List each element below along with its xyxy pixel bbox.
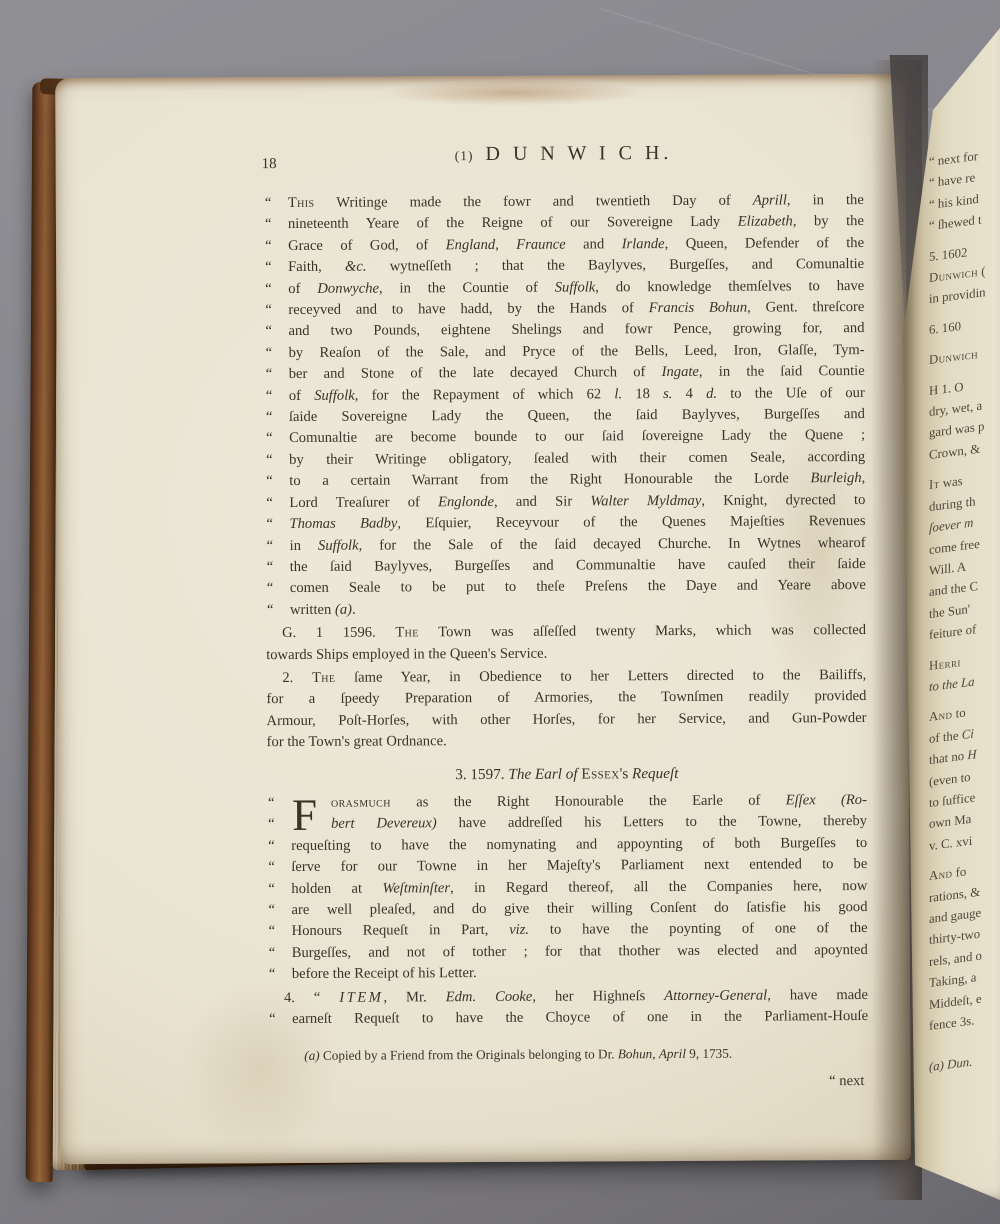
right-page-text: “ next for“ have re“ his kind“ ſhewed t5…: [929, 137, 1000, 1079]
hanging-quote: “: [268, 836, 275, 857]
text-line: “before the Receipt of his Letter.: [268, 961, 868, 986]
fragment-line: 6. 160: [929, 305, 1000, 341]
text-line: 2. The ſame Year, in Obedience to her Le…: [266, 665, 866, 690]
hanging-quote: “: [268, 879, 275, 900]
hanging-quote: “: [265, 322, 272, 343]
text-line: “ſaide Sovereigne Lady the Queen, the ſa…: [265, 404, 865, 429]
page-header: 18 (1)D U N W I C H.: [264, 142, 864, 177]
text-line: “Grace of God, of England, Fraunce and I…: [264, 233, 864, 258]
text-segment: l.: [614, 386, 622, 402]
text-line: “earneſt Requeſt to have the Choyce of o…: [268, 1006, 868, 1031]
text-segment: Bohun: [618, 1047, 653, 1062]
text-segment: Eſſex (Ro-: [786, 792, 867, 808]
text-line: “are well pleaſed, and do give their wil…: [267, 897, 867, 922]
text-line: “by their Writinge obligatory, ſealed wi…: [265, 447, 865, 472]
text-line: “written (a).: [266, 597, 866, 622]
text-line: “ſerve for our Towne in her Majeſty's Pa…: [267, 854, 867, 879]
text-segment: Ci: [962, 726, 974, 741]
hanging-quote: “: [266, 450, 273, 471]
text-segment: Attorney-General: [664, 987, 767, 1004]
text-line: “to a certain Warrant from the Right Hon…: [265, 468, 865, 493]
hanging-quote: “: [266, 407, 273, 428]
hanging-quote: “: [269, 964, 276, 985]
text-line: “by Reaſon of the Sale, and Pryce of the…: [265, 340, 865, 365]
text-segment: Aprill: [753, 192, 787, 208]
hanging-quote: “: [266, 364, 273, 385]
text-line: “the ſaid Baylyves, Burgeſſes and Commun…: [266, 554, 866, 579]
photo-scene: 18 (1)D U N W I C H. “This Writinge made…: [0, 0, 1000, 1224]
fragment-line: (a) Dun.: [929, 1043, 1000, 1079]
text-line: “in Suffolk, for the Sale of the ſaid de…: [266, 532, 866, 557]
running-title: (1)D U N W I C H.: [264, 142, 864, 169]
text-line: “Burgeſſes, and not of tother ; for that…: [268, 940, 868, 965]
text-line: “orasmuch as the Right Honourable the Ea…: [267, 790, 867, 815]
text-line: “comen Seale to be put to theſe Preſens …: [266, 575, 866, 600]
text-segment: Edm. Cooke: [446, 988, 533, 1004]
hanging-quote: “: [265, 257, 272, 278]
text-segment: The: [395, 624, 419, 640]
left-page: 18 (1)D U N W I C H. “This Writinge made…: [55, 74, 911, 1164]
text-line: “bert Devereux) have addreſſed his Lette…: [267, 811, 867, 836]
text-segment: England: [446, 237, 496, 253]
text-segment: (a): [304, 1048, 319, 1063]
fragment-line: Dunwich: [929, 336, 1000, 372]
hanging-quote: “: [268, 857, 275, 878]
hanging-quote: “: [267, 600, 274, 621]
page-title: D U N W I C H.: [485, 142, 672, 165]
text-segment: Donwyche: [317, 280, 379, 296]
text-segment: Fraunce: [516, 236, 566, 252]
text-segment: And: [929, 707, 952, 724]
hanging-quote: “: [267, 578, 274, 599]
hanging-quote: “: [268, 900, 275, 921]
text-segment: Burleigh: [810, 470, 861, 486]
text-segment: ſoever m: [929, 516, 973, 535]
hanging-quote: “: [265, 279, 272, 300]
text-segment: ITEM: [339, 989, 383, 1005]
hanging-quote: “: [269, 1009, 276, 1030]
text-line: “of Suffolk, for the Repayment of which …: [265, 383, 865, 408]
hanging-quote: “: [265, 215, 272, 236]
text-segment: Irlande: [622, 236, 665, 252]
text-block-item: 4. “ ITEM, Mr. Edm. Cooke, her Highneſs …: [268, 985, 868, 1031]
hanging-quote: “: [268, 793, 275, 814]
text-segment: It: [929, 477, 940, 492]
text-line: “requeſting to have the nomynating and a…: [267, 833, 867, 858]
hanging-quote: “: [267, 536, 274, 557]
text-line: “Honours Requeſt in Part, viz. to have t…: [268, 918, 868, 943]
text-segment: bert Devereux): [331, 816, 437, 833]
text-segment: Walter Myldmay: [590, 493, 701, 510]
text-segment: H: [967, 747, 976, 762]
text-segment: (a) Dun.: [929, 1055, 972, 1074]
text-line: for a ſpeedy Preparation of Armories, th…: [266, 686, 866, 711]
hanging-quote: “: [269, 943, 276, 964]
text-segment: d.: [706, 385, 717, 401]
text-block-deed: “This Writinge made the fowr and twentie…: [264, 190, 866, 621]
hanging-quote: “: [266, 386, 273, 407]
text-segment: &c.: [345, 259, 367, 275]
text-block-para1596: G. 1 1596. The Town was aſſeſſed twenty …: [266, 620, 866, 666]
page-stain: [385, 79, 645, 106]
hanging-quote: “: [265, 300, 272, 321]
text-segment: (a): [335, 601, 352, 617]
text-segment: to the La: [929, 674, 975, 694]
text-segment: Englonde: [438, 494, 494, 510]
text-segment: The Earl of: [508, 765, 581, 782]
text-segment: Weſtminſter: [382, 880, 450, 896]
footnote: (a) Copied by a Friend from the Original…: [268, 1042, 868, 1067]
text-line: “Thomas Badby, Eſquier, Receyvour of the…: [265, 511, 865, 536]
hanging-quote: “: [268, 814, 275, 835]
catchword: “ next: [268, 1071, 868, 1096]
hanging-quote: “: [266, 429, 273, 450]
text-block-essex: F“orasmuch as the Right Honourable the E…: [267, 790, 868, 986]
text-segment: Requeſt: [632, 765, 678, 782]
text-segment: The: [312, 670, 336, 686]
text-segment: Francis Bohun: [649, 300, 747, 317]
page-text-area: 18 (1)D U N W I C H. “This Writinge made…: [264, 142, 869, 1095]
text-segment: Herri: [929, 655, 961, 673]
text-segment: April: [659, 1046, 686, 1061]
text-line: “of Donwyche, in the Countie of Suffolk,…: [264, 276, 864, 301]
hanging-quote: “: [265, 193, 272, 214]
text-line: “Comunaltie are become bounde to our ſai…: [265, 425, 865, 450]
text-segment: Dunwich: [929, 265, 978, 285]
text-line: “holden at Weſtminſter, in Regard thereo…: [267, 876, 867, 901]
text-segment: s.: [663, 386, 672, 402]
hanging-quote: “: [265, 236, 272, 257]
text-segment: This: [288, 195, 315, 211]
hanging-quote: “: [266, 343, 273, 364]
text-segment: Essex: [581, 765, 619, 782]
text-block-para2: 2. The ſame Year, in Obedience to her Le…: [266, 665, 866, 754]
text-segment: Ingate: [662, 364, 699, 380]
hanging-quote: “: [266, 514, 273, 535]
text-segment: orasmuch: [331, 794, 391, 810]
text-segment: Elizabeth: [738, 214, 793, 230]
hanging-quote: “: [269, 921, 276, 942]
text-line: “and two Pounds, eightene Shelings and f…: [264, 318, 864, 343]
hanging-quote: “: [266, 471, 273, 492]
text-line: 4. “ ITEM, Mr. Edm. Cooke, her Highneſs …: [268, 985, 868, 1010]
text-segment: Thomas Badby: [289, 516, 397, 533]
text-line: “Lord Treaſurer of Englonde, and Sir Wal…: [265, 490, 865, 515]
main-text: “This Writinge made the fowr and twentie…: [264, 190, 868, 1031]
text-segment: Suffolk: [555, 279, 596, 295]
text-segment: Suffolk: [318, 537, 359, 553]
text-line: G. 1 1596. The Town was aſſeſſed twenty …: [266, 620, 866, 645]
hanging-quote: “: [266, 493, 273, 514]
text-line: “nineteenth Yeare of the Reigne of our S…: [264, 211, 864, 236]
text-line: “This Writinge made the fowr and twentie…: [264, 190, 864, 215]
text-line: “receyved and to have hadd, by the Hands…: [264, 297, 864, 322]
text-segment: viz.: [509, 922, 529, 938]
text-segment: Dunwich: [929, 347, 978, 367]
text-line: Armour, Poſt-Horſes, with other Horſes, …: [266, 708, 866, 733]
text-line: “ber and Stone of the late decayed Churc…: [265, 361, 865, 386]
text-line: towards Ships employed in the Queen's Se…: [266, 642, 866, 667]
hanging-quote: “: [267, 557, 274, 578]
text-segment: And: [929, 866, 952, 883]
folio-mark: (1): [455, 148, 474, 163]
text-line: “Faith, &c. wytneſſeth ; that the Baylyv…: [264, 254, 864, 279]
text-block-heading: 3. 1597. The Earl of Essex's Requeſt: [267, 762, 867, 787]
text-line: for the Town's great Ordnance.: [267, 729, 867, 754]
text-segment: Suffolk: [314, 387, 355, 403]
